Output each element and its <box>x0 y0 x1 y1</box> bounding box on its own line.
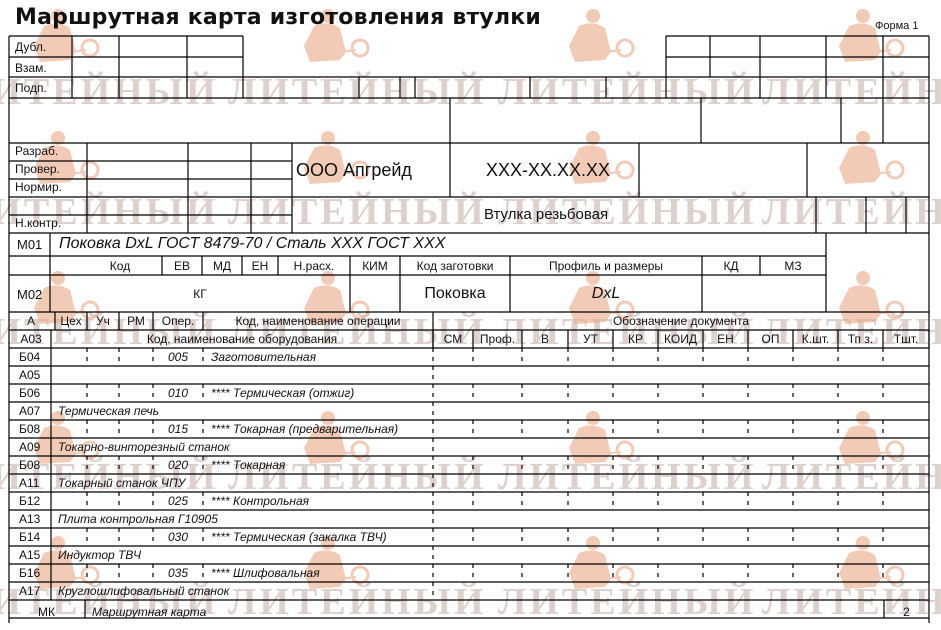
col-mz: МЗ <box>760 260 826 272</box>
row-operation-name: **** Токарная (предварительная) <box>211 423 398 435</box>
row-equipment-name: Индуктор ТВЧ <box>58 549 141 561</box>
col-kd: КД <box>702 260 760 272</box>
row-oper-number: 035 <box>168 567 188 579</box>
head-doc-col: Проф. <box>473 333 522 345</box>
label-nkontr: Н.контр. <box>15 217 61 229</box>
col-blank-code: Код заготовки <box>400 260 510 272</box>
row-equipment-name: Плита контрольная Г10905 <box>58 513 218 525</box>
row-equipment-name: Токарный станок ЧПУ <box>58 477 185 489</box>
row-operation-name: **** Шлифовальная <box>211 567 320 579</box>
row-operation-name: Заготовительная <box>211 351 316 363</box>
row-oper-number: 015 <box>168 423 188 435</box>
head-equipment: Код, наименование оборудования <box>51 333 433 345</box>
head-operation: Код, наименование операции <box>203 315 433 327</box>
row-code: Б06 <box>19 387 40 399</box>
m02-blank: Поковка <box>400 286 510 302</box>
label-dubl: Дубл. <box>15 41 46 53</box>
row-operation-name: **** Термическая (отжиг) <box>211 387 354 399</box>
m02-unit: КГ <box>50 288 350 300</box>
row-code: А09 <box>19 441 40 453</box>
form-label: Форма 1 <box>875 20 918 32</box>
col-md: МД <box>202 260 242 272</box>
row-oper-number: 025 <box>168 495 188 507</box>
head-a-code: А <box>11 315 51 327</box>
label-vzam: Взам. <box>15 62 47 74</box>
head-doc-col: ЕН <box>703 333 748 345</box>
head-doc-col: СМ <box>433 333 473 345</box>
row-operation-name: **** Термическая (закалка ТВЧ) <box>211 531 387 543</box>
row-equipment-name: Термическая печь <box>58 405 159 417</box>
col-ev: ЕВ <box>162 260 202 272</box>
row-code: Б08 <box>19 459 40 471</box>
row-equipment-name: Круглошлифовальный станок <box>58 585 229 597</box>
row-equipment-name: Токарно-винторезный станок <box>58 441 230 453</box>
head-doc-col: КР <box>613 333 658 345</box>
row-operation-name: **** Токарная <box>211 459 285 471</box>
head-doc-col: УТ <box>568 333 613 345</box>
head-doc-col: Тп з. <box>838 333 883 345</box>
head-rm: РМ <box>119 315 153 327</box>
document-code: XXX-XX.XX.XX <box>486 161 610 179</box>
col-nrash: Н.расх. <box>278 260 350 272</box>
document-title: Маршрутная карта изготовления втулки <box>15 5 541 30</box>
row-code: А07 <box>19 405 40 417</box>
head-tseh: Цех <box>55 315 87 327</box>
row-code: А13 <box>19 513 40 525</box>
head-doc-col: ОП <box>748 333 793 345</box>
head-oper: Опер. <box>153 315 203 327</box>
head-uch: Уч <box>87 315 119 327</box>
footer-code: МК <box>38 606 55 618</box>
row-code: Б04 <box>19 351 40 363</box>
col-en: ЕН <box>242 260 278 272</box>
row-operation-name: **** Контрольная <box>211 495 309 507</box>
label-podp: Подп. <box>15 82 47 94</box>
m02-profile: DxL <box>510 286 702 302</box>
row-code: А11 <box>19 477 39 489</box>
m01-material: Поковка DxL ГОСТ 8479-70 / Сталь XXX ГОС… <box>59 236 445 252</box>
head-doc-col: В <box>522 333 568 345</box>
row-oper-number: 010 <box>168 387 188 399</box>
head-doc-col: Тшт. <box>883 333 929 345</box>
company-name: ООО Апгрейд <box>296 161 412 179</box>
label-prover: Провер. <box>15 163 60 175</box>
row-oper-number: 005 <box>168 351 188 363</box>
row-code: Б14 <box>19 531 40 543</box>
head-doc: Обозначение документа <box>433 315 929 327</box>
head-doc-col: К.шт. <box>793 333 838 345</box>
label-normir: Нормир. <box>15 181 62 193</box>
row-oper-number: 020 <box>168 459 188 471</box>
row-code: Б12 <box>19 495 40 507</box>
m01-code: М01 <box>17 238 42 251</box>
row-oper-number: 030 <box>168 531 188 543</box>
m02-code: М02 <box>17 288 42 301</box>
head-doc-col: КОИД <box>658 333 703 345</box>
row-code: Б08 <box>19 423 40 435</box>
col-profile: Профиль и размеры <box>510 260 702 272</box>
page-number: 2 <box>884 606 929 618</box>
head-b-code: А03 <box>11 333 51 345</box>
col-kim: КИМ <box>350 260 400 272</box>
row-code: А15 <box>19 549 40 561</box>
row-code: А05 <box>19 369 40 381</box>
footer-name: Маршрутная карта <box>92 606 206 618</box>
row-code: Б16 <box>19 567 40 579</box>
label-razrab: Разраб. <box>15 145 58 157</box>
row-code: А17 <box>19 585 40 597</box>
part-name: Втулка резьбовая <box>484 207 608 222</box>
